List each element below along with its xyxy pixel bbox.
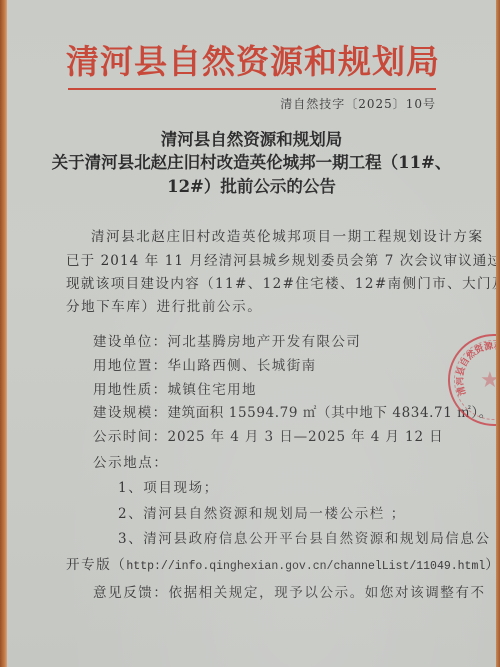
field-label: 用地位置：: [93, 358, 168, 374]
field-label: 公示时间：: [93, 429, 168, 445]
field-label: 建设规模：: [93, 405, 168, 421]
letterhead-title: 清河县自然资源和规划局: [66, 42, 440, 82]
location-item-3-continuation: 开专版（http://info.qinghexian.gov.cn/channe…: [66, 556, 496, 576]
location-item-3: 3、清河县政府信息公开平台县自然资源和规划局信息公: [118, 530, 491, 548]
continuation-prefix: 开专版（: [66, 557, 126, 573]
wood-frame-left: [0, 0, 7, 667]
field-value: 城镇住宅用地: [168, 382, 257, 398]
intro-line-2: 已于 2014 年 11 月经清河县城乡规划委员会第 7 次会议审议通过，: [66, 252, 496, 270]
field-scale: 建设规模：建筑面积 15594.79 ㎡（其中地下 4834.71 ㎡）。: [93, 402, 493, 422]
seal-star-icon: ★: [480, 368, 496, 393]
document-number: 清自然技字〔2025〕10号: [280, 96, 436, 112]
field-label: 建设单位：: [93, 334, 168, 350]
field-label: 用地性质：: [93, 382, 168, 398]
wood-frame-right: [496, 0, 500, 667]
field-developer: 建设单位：河北基腾房地产开发有限公司: [93, 331, 361, 351]
field-value: 河北基腾房地产开发有限公司: [168, 334, 362, 350]
info-url-link[interactable]: http://info.qinghexian.gov.cn/channelLis…: [126, 560, 485, 573]
feedback-line: 意见反馈：依据相关规定，现予以公示。如您对该调整有不: [93, 584, 486, 602]
continuation-suffix: ）: [485, 557, 496, 573]
locations-label: 公示地点：: [93, 454, 169, 472]
field-value: 建筑面积 15594.79 ㎡（其中地下 4834.71 ㎡）。: [168, 405, 493, 421]
location-item-1: 1、项目现场；: [118, 479, 219, 497]
field-value: 2025 年 4 月 3 日—2025 年 4 月 12 日: [168, 429, 444, 445]
location-item-2: 2、清河县自然资源和规划局一楼公示栏 ；: [118, 505, 406, 523]
notice-heading-line-2: 关于清河县北赵庄旧村改造英伦城邦一期工程（11#、: [7, 153, 496, 173]
feedback-text: 依据相关规定，现予以公示。如您对该调整有不: [169, 585, 486, 601]
letterhead-divider: [68, 88, 436, 90]
notice-heading-line-1: 清河县自然资源和规划局: [7, 130, 496, 150]
field-land-use: 用地性质：城镇住宅用地: [93, 379, 257, 399]
field-period: 公示时间：2025 年 4 月 3 日—2025 年 4 月 12 日: [93, 426, 444, 446]
field-value: 华山路西侧、长城街南: [168, 358, 317, 374]
document-page: 清河县自然资源和规划局 清自然技字〔2025〕10号 清河县自然资源和规划局 关…: [7, 0, 496, 667]
official-seal: 清河县自然资源和规划局 ★: [448, 334, 496, 426]
intro-line-1: 清河县北赵庄旧村改造英伦城邦项目一期工程规划设计方案: [91, 228, 484, 246]
intro-line-3: 现就该项目建设内容（11#、12#住宅楼、12#南侧门市、大门及部: [66, 275, 496, 293]
feedback-label: 意见反馈：: [93, 585, 169, 601]
notice-heading-line-3: 12#）批前公示的公告: [7, 177, 496, 197]
field-location: 用地位置：华山路西侧、长城街南: [93, 355, 317, 375]
intro-line-4: 分地下车库）进行批前公示。: [66, 298, 262, 316]
